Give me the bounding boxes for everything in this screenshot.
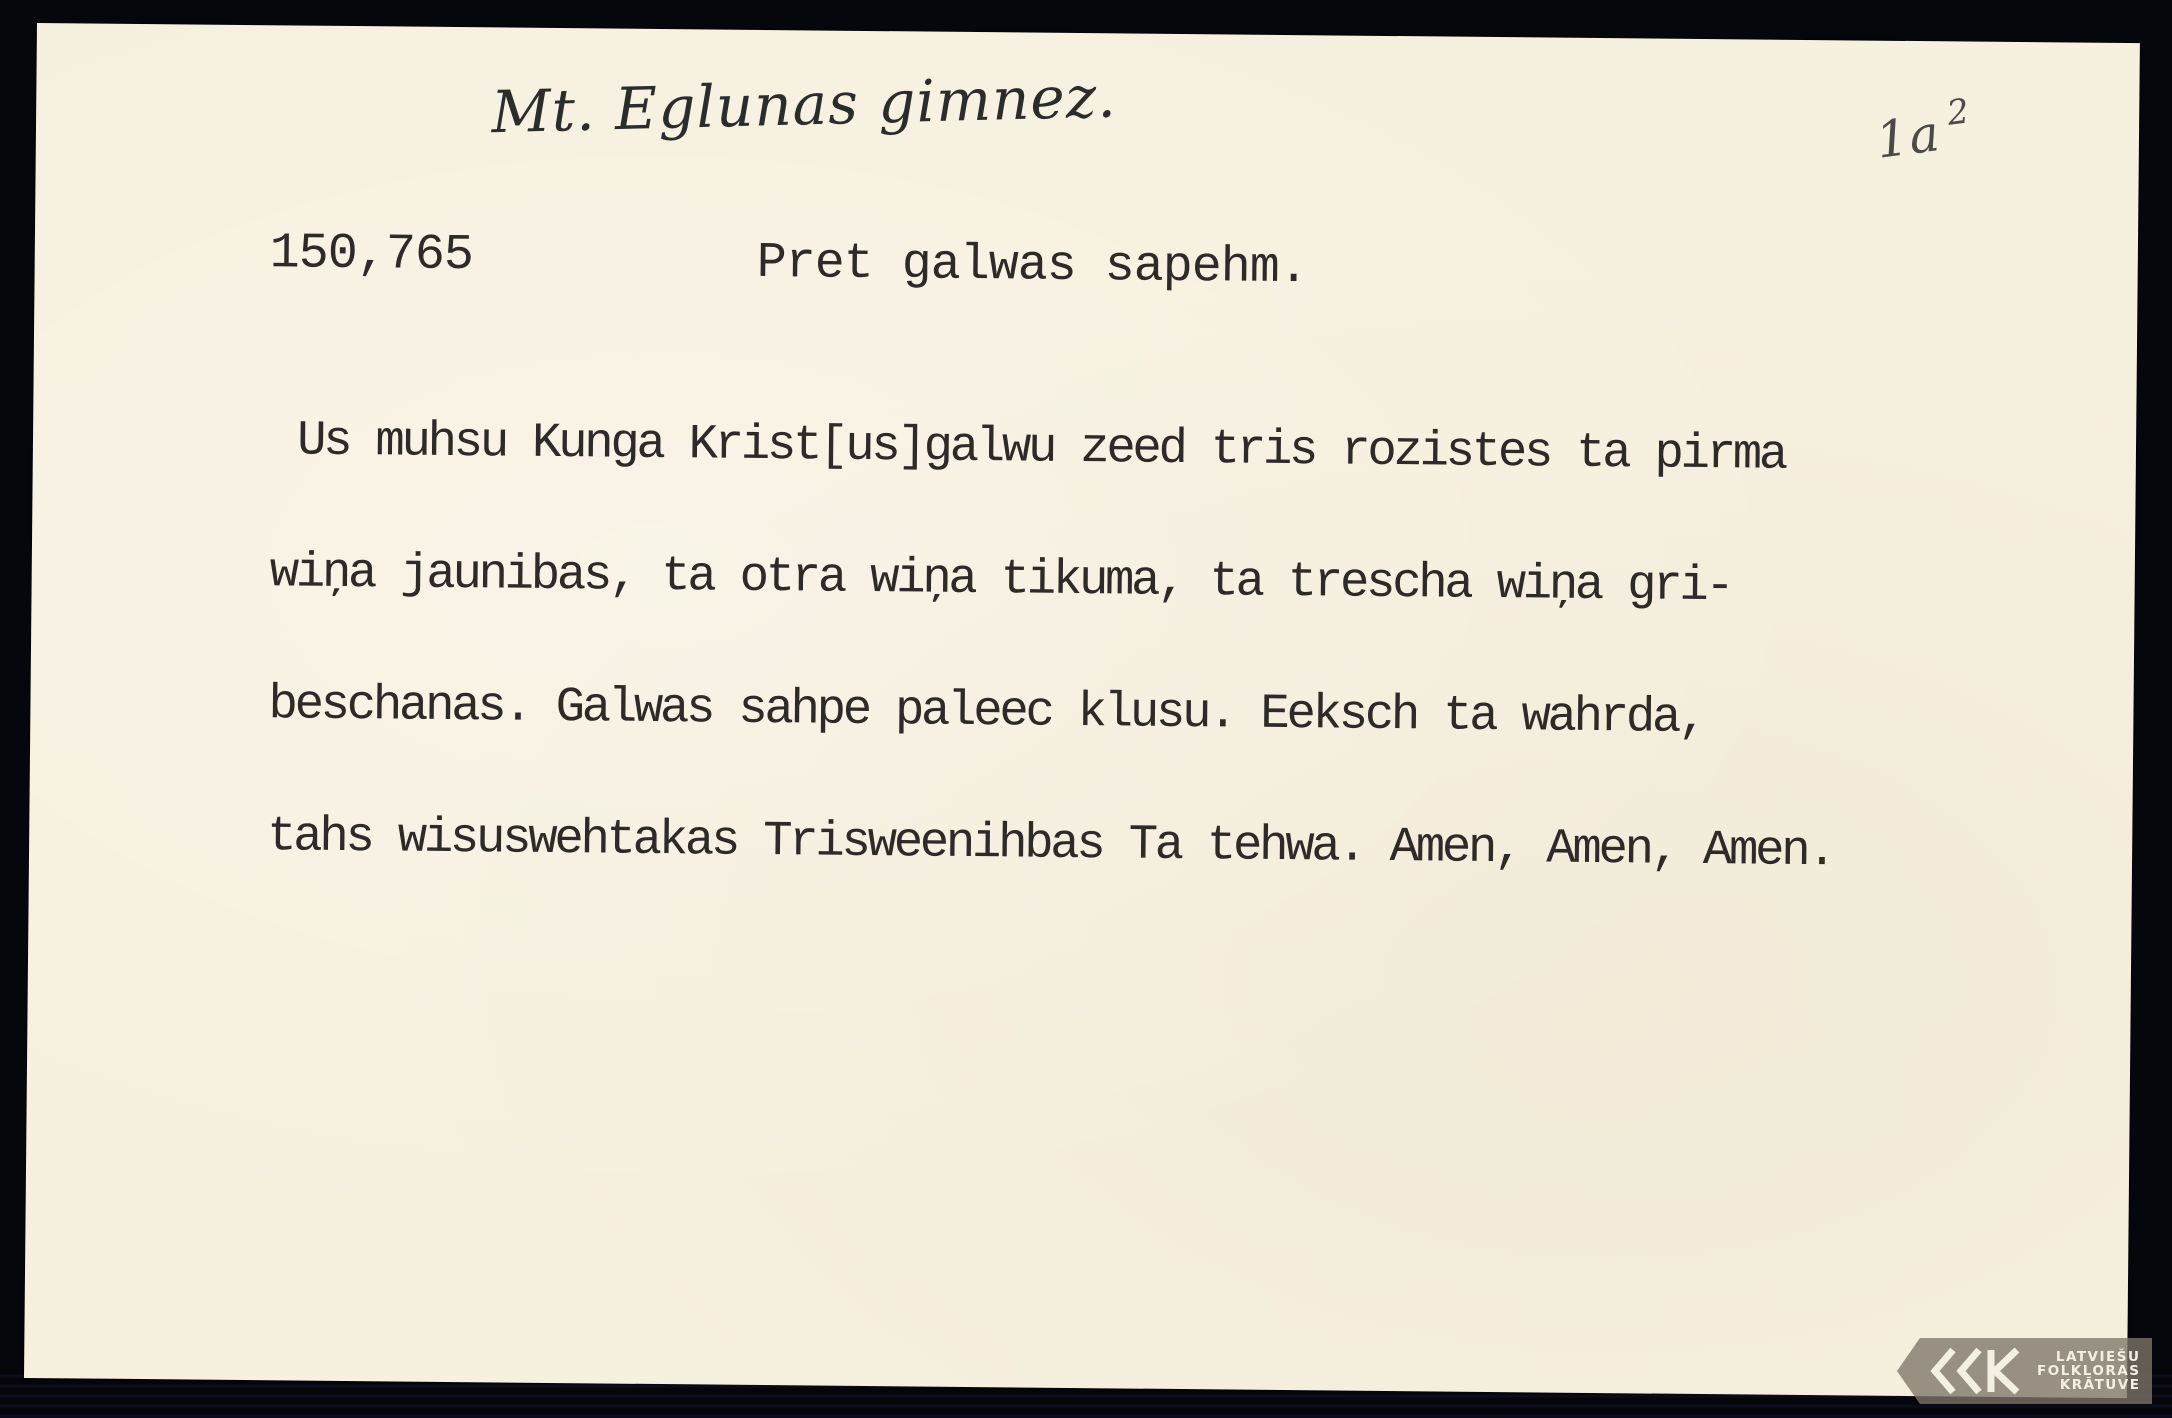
body-line: Us muhsu Kunga Krist[us]galwu zeed tris … (271, 418, 1838, 477)
handwritten-index-sup: 2 (1945, 91, 1973, 134)
body-line: beschanas. Galwas sahpe paleec klusu. Ee… (268, 682, 1835, 741)
logo-line: KRĀTUVE (2037, 1378, 2140, 1392)
handwritten-index: 1a2 (1873, 97, 1976, 170)
logo-line: LATVIEŠU (2037, 1350, 2140, 1364)
archive-card: Mt. Eglunas gimnez. 1a2 150,765 Pret gal… (24, 23, 2140, 1398)
handwritten-index-main: 1a (1873, 104, 1944, 170)
logo-text: LATVIEŠU FOLKLORAS KRĀTUVE (2037, 1350, 2140, 1392)
body-line: tahs wisuswehtakas Trisweenihbas Ta tehw… (267, 814, 1834, 873)
logo-line: FOLKLORAS (2037, 1364, 2140, 1378)
archive-logo: LATVIEŠU FOLKLORAS KRĀTUVE (1897, 1338, 2152, 1404)
catalog-number: 150,765 (270, 225, 474, 284)
lfk-chevrons-logo-icon (1927, 1344, 2027, 1398)
document-title: Pret galwas sapehm. (756, 235, 1308, 297)
body-line: wiņa jaunibas, ta otra wiņa tikuma, ta t… (270, 550, 1837, 609)
document-body: Us muhsu Kunga Krist[us]galwu zeed tris … (266, 330, 1838, 961)
handwritten-header: Mt. Eglunas gimnez. (490, 62, 1117, 146)
